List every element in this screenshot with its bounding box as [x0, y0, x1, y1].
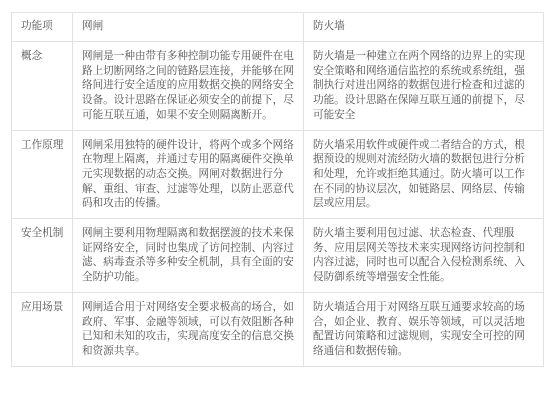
table-row-security-mechanism: 安全机制 网闸主要利用物理隔离和数据摆渡的技术来保证网络安全，同时也集成了访问控… — [12, 219, 544, 293]
cell-firewall: 防火墙是一种建立在两个网络的边界上的实现安全策略和网络通信监控的系统或系统组，强… — [304, 42, 544, 131]
column-header-firewall: 防火墙 — [304, 13, 544, 42]
page: 功能项 网闸 防火墙 概念 网闸是一种由带有多种控制功能专用硬件在电路上切断网络… — [0, 0, 557, 400]
cell-gatekeeper: 网闸采用独特的硬件设计，将两个或多个网络在物理上隔离，并通过专用的隔离硬件交换单… — [73, 130, 304, 219]
table-row-application-scenario: 应用场景 网闸适合用于对网络安全要求极高的场合，如政府、军事、金融等领域，可以有… — [12, 292, 544, 366]
cell-gatekeeper: 网闸是一种由带有多种控制功能专用硬件在电路上切断网络之间的链路层连接，并能够在网… — [73, 42, 304, 131]
column-header-gatekeeper: 网闸 — [73, 13, 304, 42]
header-row: 功能项 网闸 防火墙 — [12, 13, 544, 42]
row-label: 概念 — [12, 42, 73, 131]
cell-gatekeeper: 网闸适合用于对网络安全要求极高的场合，如政府、军事、金融等领域，可以有效阻断各种… — [73, 292, 304, 366]
table-body: 概念 网闸是一种由带有多种控制功能专用硬件在电路上切断网络之间的链路层连接，并能… — [12, 42, 544, 367]
row-label: 安全机制 — [12, 219, 73, 293]
column-header-feature: 功能项 — [12, 13, 73, 42]
gatekeeper-vs-firewall-table: 功能项 网闸 防火墙 概念 网闸是一种由带有多种控制功能专用硬件在电路上切断网络… — [11, 12, 544, 367]
comparison-table-container: 功能项 网闸 防火墙 概念 网闸是一种由带有多种控制功能专用硬件在电路上切断网络… — [11, 12, 543, 367]
cell-gatekeeper: 网闸主要利用物理隔离和数据摆渡的技术来保证网络安全，同时也集成了访问控制、内容过… — [73, 219, 304, 293]
table-header: 功能项 网闸 防火墙 — [12, 13, 544, 42]
row-label: 应用场景 — [12, 292, 73, 366]
cell-firewall: 防火墙适合用于对网络互联互通要求较高的场合，如企业、教育、娱乐等领域，可以灵活地… — [304, 292, 544, 366]
table-row-working-principle: 工作原理 网闸采用独特的硬件设计，将两个或多个网络在物理上隔离，并通过专用的隔离… — [12, 130, 544, 219]
table-row-concept: 概念 网闸是一种由带有多种控制功能专用硬件在电路上切断网络之间的链路层连接，并能… — [12, 42, 544, 131]
row-label: 工作原理 — [12, 130, 73, 219]
cell-firewall: 防火墙主要利用包过滤、状态检查、代理服务、应用层网关等技术来实现网络访问控制和内… — [304, 219, 544, 293]
cell-firewall: 防火墙采用软件或硬件或二者结合的方式，根据预设的规则对流经防火墙的数据包进行分析… — [304, 130, 544, 219]
